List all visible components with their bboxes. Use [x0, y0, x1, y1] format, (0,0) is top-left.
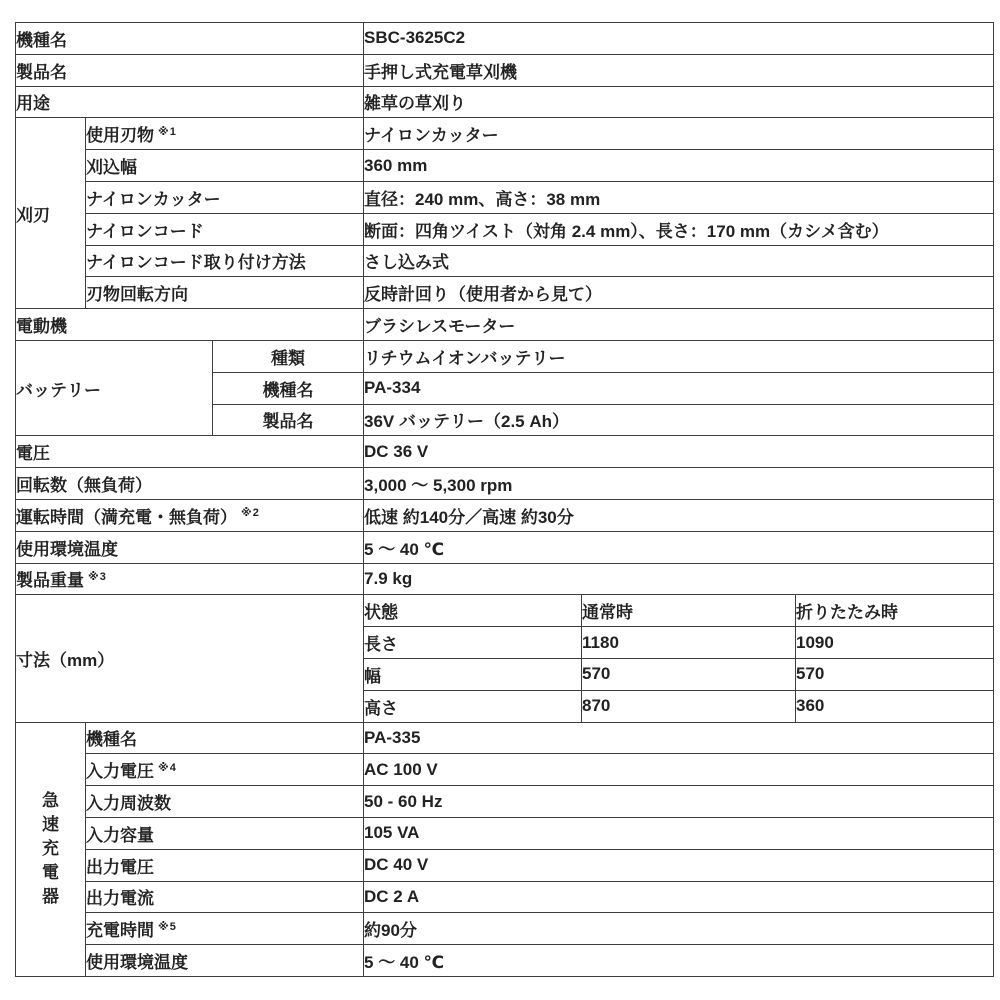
row-label-cell: 回転数（無負荷） [16, 468, 364, 500]
row-label-cell: 入力周波数 [86, 786, 364, 818]
row-label-cell: 製品名 [16, 54, 364, 86]
row-label-cell: 用途 [16, 86, 364, 118]
dim-value-folded: 1090 [796, 627, 994, 659]
row-charger-input-frequency: 入力周波数 50 - 60 Hz [16, 786, 994, 818]
row-label: 機種名 [263, 381, 314, 400]
dim-header-state: 状態 [364, 595, 582, 627]
row-label-cell: 製品名 [213, 404, 364, 436]
row-value: ナイロンカッター [364, 118, 994, 150]
row-charger-input-voltage: 入力電圧※4 AC 100 V [16, 754, 994, 786]
dim-label: 長さ [364, 627, 582, 659]
dim-value-normal: 570 [582, 658, 796, 690]
row-value: さし込み式 [364, 245, 994, 277]
row-value: 断面：四角ツイスト（対角 2.4 mm）、長さ：170 mm（カシメ含む） [364, 213, 994, 245]
row-value: 360 mm [364, 150, 994, 182]
row-label: 刈込幅 [86, 158, 137, 177]
group-label-charger: 急速充電器 [16, 722, 86, 976]
row-label: 回転数（無負荷） [16, 476, 152, 495]
row-label-cell: 入力電圧※4 [86, 754, 364, 786]
row-value: 5 ～ 40 ℃ [364, 945, 994, 977]
row-charger-output-voltage: 出力電圧 DC 40 V [16, 849, 994, 881]
spec-table: 機種名 SBC-3625C2 製品名 手押し式充電草刈機 用途 雑草の草刈り 刈… [15, 22, 994, 977]
row-value: リチウムイオンバッテリー [364, 340, 994, 372]
group-label-cutting-blade: 刈刃 [16, 118, 86, 309]
dim-header-folded: 折りたたみ時 [796, 595, 994, 627]
footnote-marker: ※4 [158, 762, 177, 774]
row-label: 出力電流 [86, 889, 154, 908]
row-label: 使用環境温度 [86, 953, 188, 972]
row-label-cell: 刈込幅 [86, 150, 364, 182]
row-value: 36V バッテリー（2.5 Ah） [364, 404, 994, 436]
row-label: 出力電圧 [86, 858, 154, 877]
row-label-cell: 電動機 [16, 309, 364, 341]
row-label-cell: ナイロンコード [86, 213, 364, 245]
row-label: 製品重量 [16, 571, 84, 590]
row-label-cell: 電圧 [16, 436, 364, 468]
row-value: 7.9 kg [364, 563, 994, 595]
row-rotation-direction: 刃物回転方向 反時計回り（使用者から見て） [16, 277, 994, 309]
row-label-cell: 機種名 [213, 372, 364, 404]
row-label-cell: ナイロンコード取り付け方法 [86, 245, 364, 277]
group-label: バッテリー [16, 381, 101, 400]
row-label: 使用刃物 [86, 126, 154, 145]
row-value: PA-334 [364, 372, 994, 404]
row-label: 機種名 [86, 730, 137, 749]
dim-value-folded: 360 [796, 690, 994, 722]
row-label: ナイロンコード [86, 222, 204, 241]
footnote-marker: ※3 [88, 571, 107, 583]
row-label: 用途 [16, 94, 50, 113]
row-label: 製品名 [263, 412, 314, 431]
row-label: ナイロンコード取り付け方法 [86, 253, 306, 272]
row-value: 直径：240 mm、高さ：38 mm [364, 181, 994, 213]
row-value: 低速 約140分／高速 約30分 [364, 499, 994, 531]
group-label: 急速充電器 [40, 789, 61, 910]
row-label-cell: 運転時間（満充電・無負荷）※2 [16, 499, 364, 531]
row-value: AC 100 V [364, 754, 994, 786]
row-rotation-speed: 回転数（無負荷） 3,000 ～ 5,300 rpm [16, 468, 994, 500]
row-blade-type: 刈刃 使用刃物※1 ナイロンカッター [16, 118, 994, 150]
row-run-time: 運転時間（満充電・無負荷）※2 低速 約140分／高速 約30分 [16, 499, 994, 531]
row-label: 電圧 [16, 444, 50, 463]
row-nylon-cord: ナイロンコード 断面：四角ツイスト（対角 2.4 mm）、長さ：170 mm（カ… [16, 213, 994, 245]
row-label-cell: 出力電流 [86, 881, 364, 913]
row-value: 約90分 [364, 913, 994, 945]
row-value: 3,000 ～ 5,300 rpm [364, 468, 994, 500]
spec-sheet-page: 機種名 SBC-3625C2 製品名 手押し式充電草刈機 用途 雑草の草刈り 刈… [15, 22, 994, 977]
row-label: 電動機 [16, 317, 67, 336]
row-value: SBC-3625C2 [364, 23, 994, 55]
row-charger-model: 急速充電器 機種名 PA-335 [16, 722, 994, 754]
row-product-weight: 製品重量※3 7.9 kg [16, 563, 994, 595]
row-label: 製品名 [16, 63, 67, 82]
row-label-cell: 刃物回転方向 [86, 277, 364, 309]
row-value: 反時計回り（使用者から見て） [364, 277, 994, 309]
row-label: ナイロンカッター [86, 190, 221, 209]
row-label: 入力容量 [86, 826, 154, 845]
row-cutting-width: 刈込幅 360 mm [16, 150, 994, 182]
dim-value-folded: 570 [796, 658, 994, 690]
row-intended-use: 用途 雑草の草刈り [16, 86, 994, 118]
row-value: 雑草の草刈り [364, 86, 994, 118]
row-charger-output-current: 出力電流 DC 2 A [16, 881, 994, 913]
row-charger-charge-time: 充電時間※5 約90分 [16, 913, 994, 945]
row-label-cell: 出力電圧 [86, 849, 364, 881]
row-value: PA-335 [364, 722, 994, 754]
row-label-cell: 種類 [213, 340, 364, 372]
row-label-cell: 使用刃物※1 [86, 118, 364, 150]
footnote-marker: ※1 [158, 126, 177, 138]
row-product-name: 製品名 手押し式充電草刈機 [16, 54, 994, 86]
row-label-cell: ナイロンカッター [86, 181, 364, 213]
row-label-cell: 製品重量※3 [16, 563, 364, 595]
row-value: DC 40 V [364, 849, 994, 881]
row-value: ブラシレスモーター [364, 309, 994, 341]
footnote-marker: ※5 [158, 921, 177, 933]
row-label-cell: 使用環境温度 [86, 945, 364, 977]
row-model-name: 機種名 SBC-3625C2 [16, 23, 994, 55]
row-value: DC 36 V [364, 436, 994, 468]
dim-value-normal: 1180 [582, 627, 796, 659]
row-charger-operating-temp: 使用環境温度 5 ～ 40 ℃ [16, 945, 994, 977]
row-label: 機種名 [16, 31, 67, 50]
row-dimensions-header: 寸法（mm） 状態 通常時 折りたたみ時 [16, 595, 994, 627]
dim-label: 高さ [364, 690, 582, 722]
row-label-cell: 入力容量 [86, 817, 364, 849]
row-value: DC 2 A [364, 881, 994, 913]
row-value: 5 ～ 40 ℃ [364, 531, 994, 563]
row-label: 使用環境温度 [16, 540, 118, 559]
row-cord-attachment: ナイロンコード取り付け方法 さし込み式 [16, 245, 994, 277]
row-nylon-cutter: ナイロンカッター 直径：240 mm、高さ：38 mm [16, 181, 994, 213]
row-battery-type: バッテリー 種類 リチウムイオンバッテリー [16, 340, 994, 372]
row-voltage: 電圧 DC 36 V [16, 436, 994, 468]
row-operating-temp: 使用環境温度 5 ～ 40 ℃ [16, 531, 994, 563]
dim-label: 幅 [364, 658, 582, 690]
row-charger-input-capacity: 入力容量 105 VA [16, 817, 994, 849]
group-label-battery: バッテリー [16, 340, 213, 435]
row-label: 刃物回転方向 [86, 285, 188, 304]
row-label: 運転時間（満充電・無負荷） [16, 508, 237, 527]
row-label-cell: 使用環境温度 [16, 531, 364, 563]
row-label: 入力電圧 [86, 762, 154, 781]
group-label: 刈刃 [16, 206, 50, 225]
row-label-cell: 機種名 [86, 722, 364, 754]
row-label: 充電時間 [86, 921, 154, 940]
row-value: 50 - 60 Hz [364, 786, 994, 818]
row-motor: 電動機 ブラシレスモーター [16, 309, 994, 341]
dim-value-normal: 870 [582, 690, 796, 722]
group-label: 寸法（mm） [16, 651, 114, 670]
footnote-marker: ※2 [241, 507, 260, 519]
row-value: 手押し式充電草刈機 [364, 54, 994, 86]
row-label-cell: 充電時間※5 [86, 913, 364, 945]
group-label-dimensions: 寸法（mm） [16, 595, 364, 722]
row-value: 105 VA [364, 817, 994, 849]
row-label: 入力周波数 [86, 794, 171, 813]
dim-header-normal: 通常時 [582, 595, 796, 627]
row-label-cell: 機種名 [16, 23, 364, 55]
row-label: 種類 [271, 349, 305, 368]
